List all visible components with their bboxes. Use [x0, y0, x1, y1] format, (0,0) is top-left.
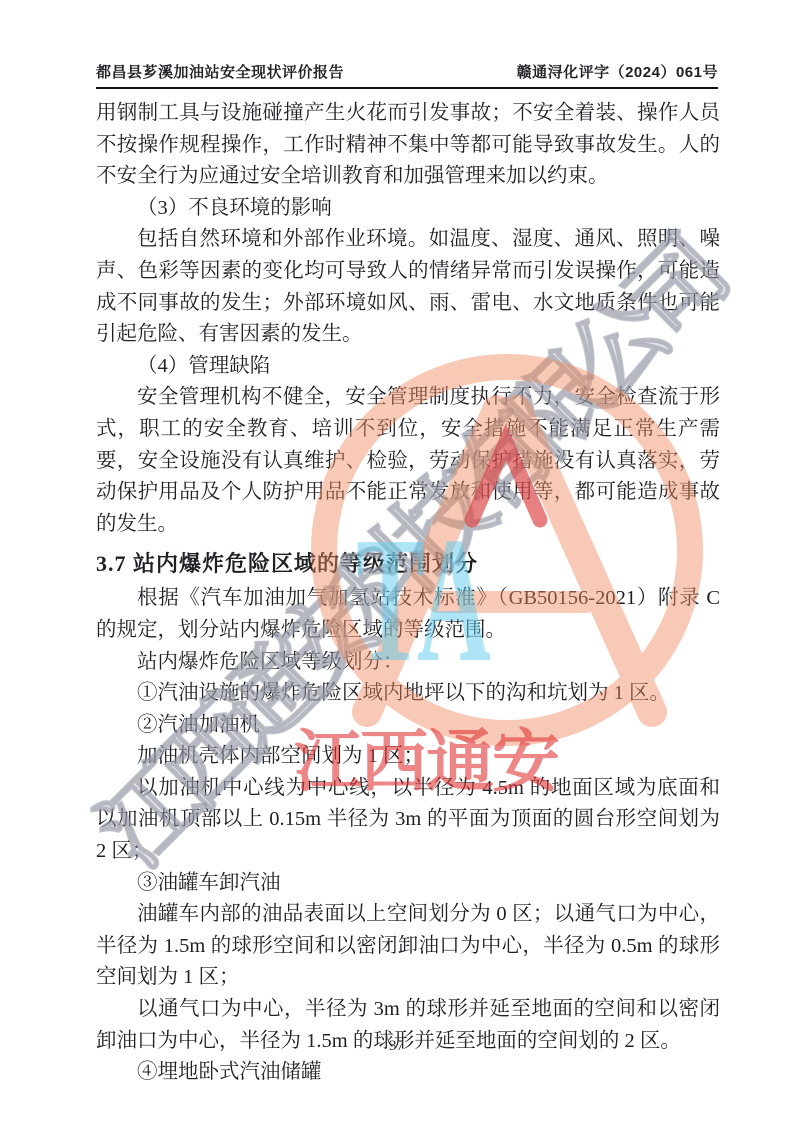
paragraph: 加油机壳体内部空间划为 1 区；	[96, 741, 720, 773]
document-body: 用钢制工具与设施碰撞产生火花而引发事故；不安全着装、操作人员不按操作规程操作，工…	[96, 98, 720, 1089]
paragraph: 用钢制工具与设施碰撞产生火花而引发事故；不安全着装、操作人员不按操作规程操作，工…	[96, 98, 720, 193]
document-page: 都昌县芗溪加油站安全现状评价报告 赣通浔化评字（2024）061号 用钢制工具与…	[0, 0, 793, 1122]
header-left-title: 都昌县芗溪加油站安全现状评价报告	[96, 61, 344, 82]
page-number: 37	[389, 1038, 404, 1054]
paragraph: （4）管理缺陷	[96, 351, 720, 383]
page-footer: 37	[0, 1038, 793, 1055]
paragraph: 油罐车内部的油品表面以上空间划分为 0 区；以通气口为中心，半径为 1.5m 的…	[96, 899, 720, 994]
paragraph: 包括自然环境和外部作业环境。如温度、湿度、通风、照明、噪声、色彩等因素的变化均可…	[96, 224, 720, 350]
paragraph: （3）不良环境的影响	[96, 193, 720, 225]
paragraph: ④埋地卧式汽油储罐	[96, 1057, 720, 1089]
paragraph: 以加油机中心线为中心线，以半径为 4.5m 的地面区域为底面和以加油机顶部以上 …	[96, 773, 720, 868]
paragraph: 安全管理机构不健全，安全管理制度执行不力，安全检查流于形式，职工的安全教育、培训…	[96, 382, 720, 540]
section-heading: 3.7 站内爆炸危险区域的等级范围划分	[96, 548, 720, 580]
paragraph: 站内爆炸危险区域等级划分：	[96, 647, 720, 679]
header-doc-number: 赣通浔化评字（2024）061号	[517, 61, 718, 82]
header-divider	[96, 87, 718, 89]
paragraph: ②汽油加油机	[96, 710, 720, 742]
paragraph: ①汽油设施的爆炸危险区域内地坪以下的沟和坑划为 1 区。	[96, 678, 720, 710]
paragraph: ③油罐车卸汽油	[96, 868, 720, 900]
page-header: 都昌县芗溪加油站安全现状评价报告 赣通浔化评字（2024）061号	[96, 56, 718, 82]
paragraph: 根据《汽车加油加气加氢站技术标准》（GB50156-2021）附录 C 的规定，…	[96, 583, 720, 646]
